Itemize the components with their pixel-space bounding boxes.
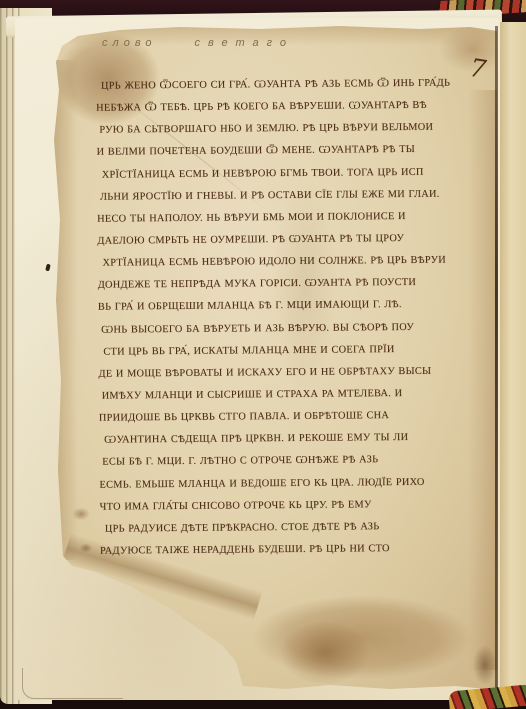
manuscript-line: црь радуисе дѣте прѣкрасно. стое дѣте рѣ… — [105, 515, 478, 540]
underlying-page-corner — [22, 668, 123, 699]
stain-margin-dot — [78, 542, 94, 554]
manuscript-line: радуюсе таіже нераддень будеши. рѣ црь н… — [100, 537, 478, 562]
stain-bottom-band — [225, 585, 500, 690]
manuscript-line: црь жено ѿсоего си гра́. ѡуанта рѣ азь е… — [101, 72, 474, 97]
manuscript-line: сти црь вь гра́, искаты мланца мне и сое… — [103, 338, 476, 363]
manuscript-line: и велми почетена боудеши ѿ мене. ѡуантар… — [96, 139, 474, 164]
manuscript-line: рую ба сьтворшаго нбо и землю. рѣ црь вѣ… — [99, 117, 474, 142]
manuscript-line: что има гла́ты снісово отроче кь цру. рѣ… — [100, 493, 478, 518]
annotation-word: слово — [102, 37, 156, 49]
annotation-word: светаго — [194, 37, 294, 49]
manuscript-line: ѡнь высоего ба вѣруеть и азь вѣрую. вы с… — [101, 316, 476, 341]
manuscript-line: льни яростїю и гневы. и рѣ остави сїе гл… — [100, 183, 475, 208]
manuscript-line: де и моще вѣроваты и искаху его и не обр… — [98, 360, 476, 385]
manuscript-line: приидоше вь црквь стго павла. и обрѣтоше… — [99, 404, 477, 429]
manuscript-line: небѣжа ѿ тебѣ. црь рѣ коего ба вѣруеши. … — [96, 94, 474, 119]
manuscript-line: несо ты наполоу. нь вѣруи бмь мои и покл… — [97, 205, 475, 230]
manuscript-line: хртїаница есмь невѣрою идоло ни солнже. … — [102, 249, 475, 274]
manuscript-line: есы бѣ г. мци. г. лѣтно с отроче ѡнѣже р… — [102, 449, 477, 474]
pencil-annotation: словосветаго — [102, 36, 402, 50]
manuscript-line: вь гра́ и обрщеши мланца бѣ г. мци имающ… — [98, 294, 476, 319]
manuscript-text-block: црь жено ѿсоего си гра́. ѡуанта рѣ азь е… — [96, 72, 478, 562]
manuscript-line: ѡуантина сѣдеща прѣ црквн. и рекоше ему … — [104, 427, 477, 452]
stain-margin-dot — [70, 506, 92, 522]
manuscript-line: хрїстїаница есмь и невѣрою бгмь твои. то… — [102, 161, 475, 186]
manuscript-photo: словосветаго 7 црь жено ѿсоего си гра́. … — [0, 0, 526, 709]
manuscript-line: имѣху мланци и сысрише и страха ра мтеле… — [102, 382, 477, 407]
binding-gutter-line — [495, 26, 498, 690]
manuscript-line: даелою смрьть не оумреши. рѣ ѡуанта рѣ т… — [97, 227, 475, 252]
facing-page-edge — [498, 22, 526, 702]
manuscript-line: дондеже те непрѣда мука горіси. ѡуанта р… — [98, 272, 476, 297]
manuscript-line: есмь. емьше мланца и ведоше его кь цра. … — [99, 471, 477, 496]
stain-bottom-blotch — [265, 610, 385, 695]
